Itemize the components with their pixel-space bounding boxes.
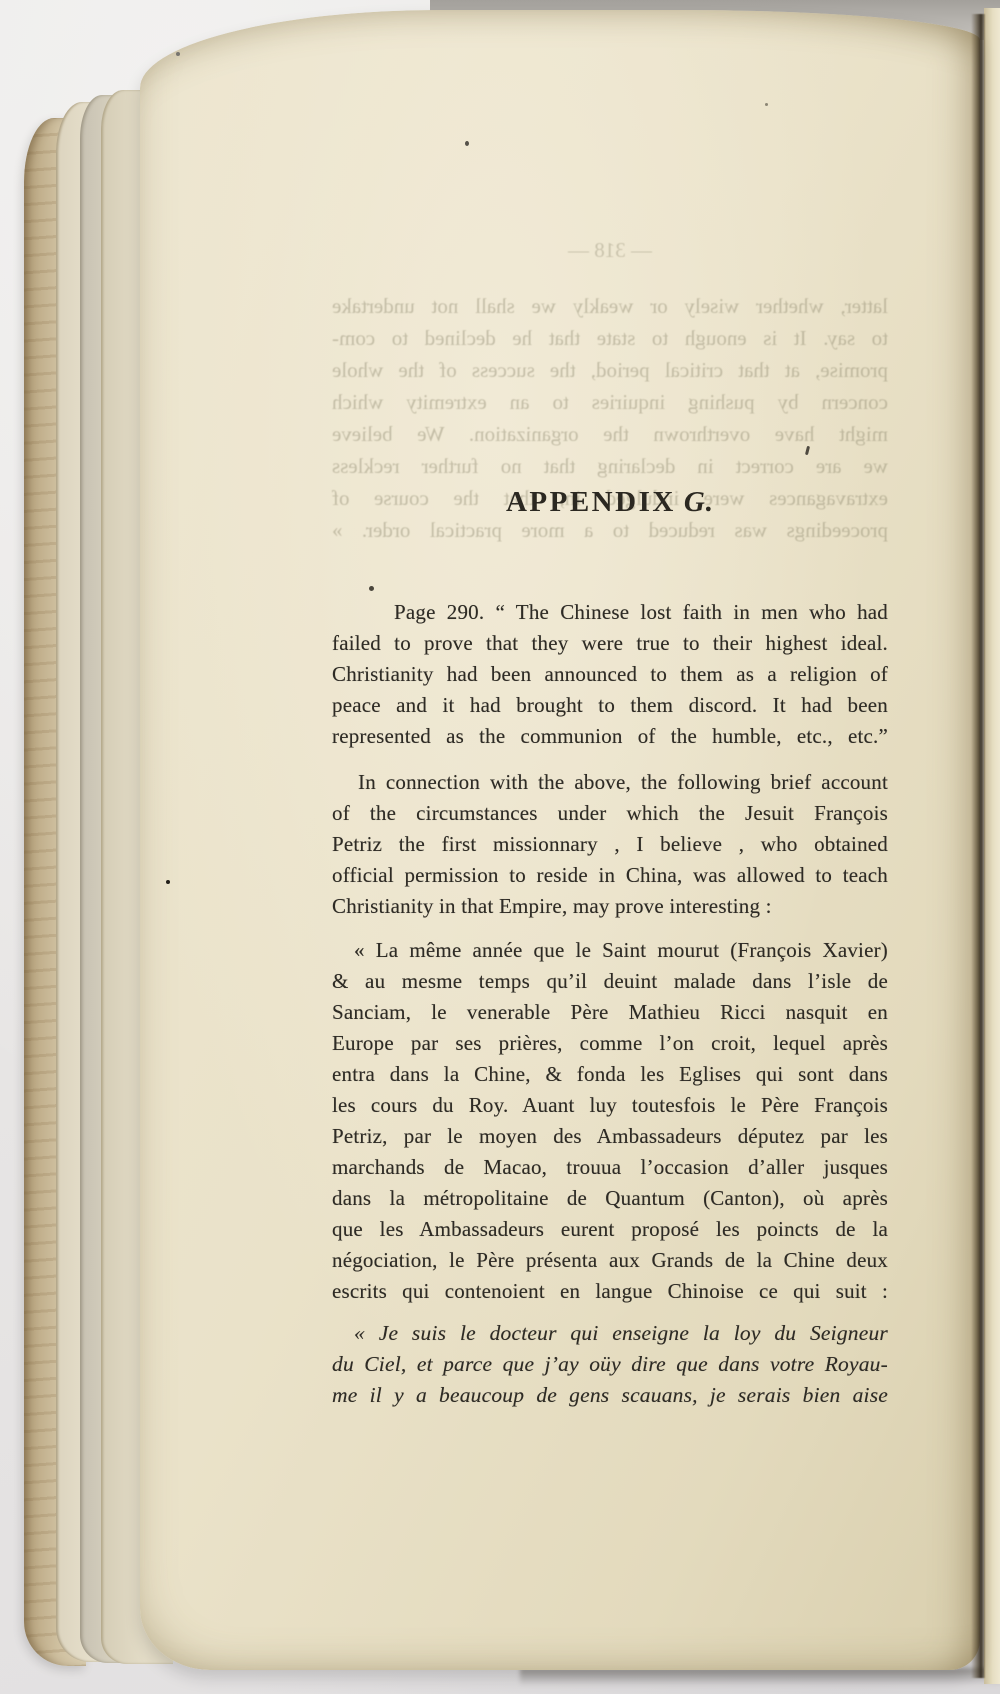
gutter-shadow: [971, 14, 985, 1678]
text-line: me il y a beaucoup de gens scauans, je s…: [332, 1380, 888, 1411]
text-line: Sanciam, le venerable Père Mathieu Ricci…: [332, 997, 888, 1028]
scan-speck: [465, 141, 469, 146]
text-line: du Ciel, et parce que j’ay oüy dire que …: [332, 1349, 888, 1380]
showthrough-line: to say. It is enough to state that he de…: [332, 322, 888, 354]
showthrough-line: promise, at that critical period, the su…: [332, 354, 888, 386]
text-line: Christianity in that Empire, may prove i…: [332, 891, 888, 922]
text-line: Petriz, par le moyen des Ambassadeurs dé…: [332, 1121, 888, 1152]
text-line: represented as the communion of the humb…: [332, 721, 888, 752]
text-line: Page 290. “ The Chinese lost faith in me…: [332, 597, 888, 628]
page-bottom-shadow: [520, 1668, 1000, 1686]
text-line: négociation, le Père présenta aux Grands…: [332, 1245, 888, 1276]
text-line: peace and it had brought to them discord…: [332, 690, 888, 721]
heading-word: APPENDIX: [506, 486, 676, 518]
book-photo: — 318 — latter, whether wisely or weakly…: [0, 0, 1000, 1694]
showthrough-line: concern by pushing inquiries to an extre…: [332, 386, 888, 418]
appendix-heading: APPENDIXG.: [332, 486, 888, 519]
text-line: In connection with the above, the follow…: [332, 767, 888, 798]
scan-speck: [176, 52, 180, 56]
text-line: « Je suis le docteur qui enseigne la loy…: [332, 1318, 888, 1349]
scan-speck: [166, 880, 170, 884]
text-line: que les Ambassadeurs eurent proposé les …: [332, 1214, 888, 1245]
text-line: of the circumstances under which the Jes…: [332, 798, 888, 829]
scan-speck: [765, 103, 768, 106]
text-line: Christianity had been announced to them …: [332, 659, 888, 690]
text-line: « La même année que le Saint mourut (Fra…: [332, 935, 888, 966]
page-number-showthrough: — 318 —: [332, 238, 888, 263]
paragraph-introduction: In connection with the above, the follow…: [332, 767, 888, 922]
showthrough-line: might have overthrown the organization. …: [332, 418, 888, 450]
paragraph-italic-chinese-writing: « Je suis le docteur qui enseigne la loy…: [332, 1318, 888, 1411]
text-line: failed to prove that they were true to t…: [332, 628, 888, 659]
paragraph-french-account: « La même année que le Saint mourut (Fra…: [332, 935, 888, 1307]
text-line: marchands de Macao, trouua l’occasion d’…: [332, 1152, 888, 1183]
heading-letter: G.: [684, 486, 714, 518]
facing-page-edge: [984, 8, 1000, 1684]
paragraph-chinese-quote: Page 290. “ The Chinese lost faith in me…: [332, 597, 888, 752]
text-line: les cours du Roy. Auant luy toutesfois l…: [332, 1090, 888, 1121]
showthrough-line: latter, whether wisely or weakly we shal…: [332, 290, 888, 322]
text-line: official permission to reside in China, …: [332, 860, 888, 891]
scan-speck: [369, 586, 374, 591]
book-page: — 318 — latter, whether wisely or weakly…: [140, 10, 980, 1670]
text-line: dans la métropolitaine de Quantum (Canto…: [332, 1183, 888, 1214]
text-line: Petriz the first missionnary , I believe…: [332, 829, 888, 860]
text-line: & au mesme temps qu’il deuint malade dan…: [332, 966, 888, 997]
text-line: Europe par ses prières, comme l’on croit…: [332, 1028, 888, 1059]
text-line: entra dans la Chine, & fonda les Eglises…: [332, 1059, 888, 1090]
text-line: escrits qui contenoient en langue Chinoi…: [332, 1276, 888, 1307]
showthrough-line: we are correct in declaring that no furt…: [332, 450, 888, 482]
